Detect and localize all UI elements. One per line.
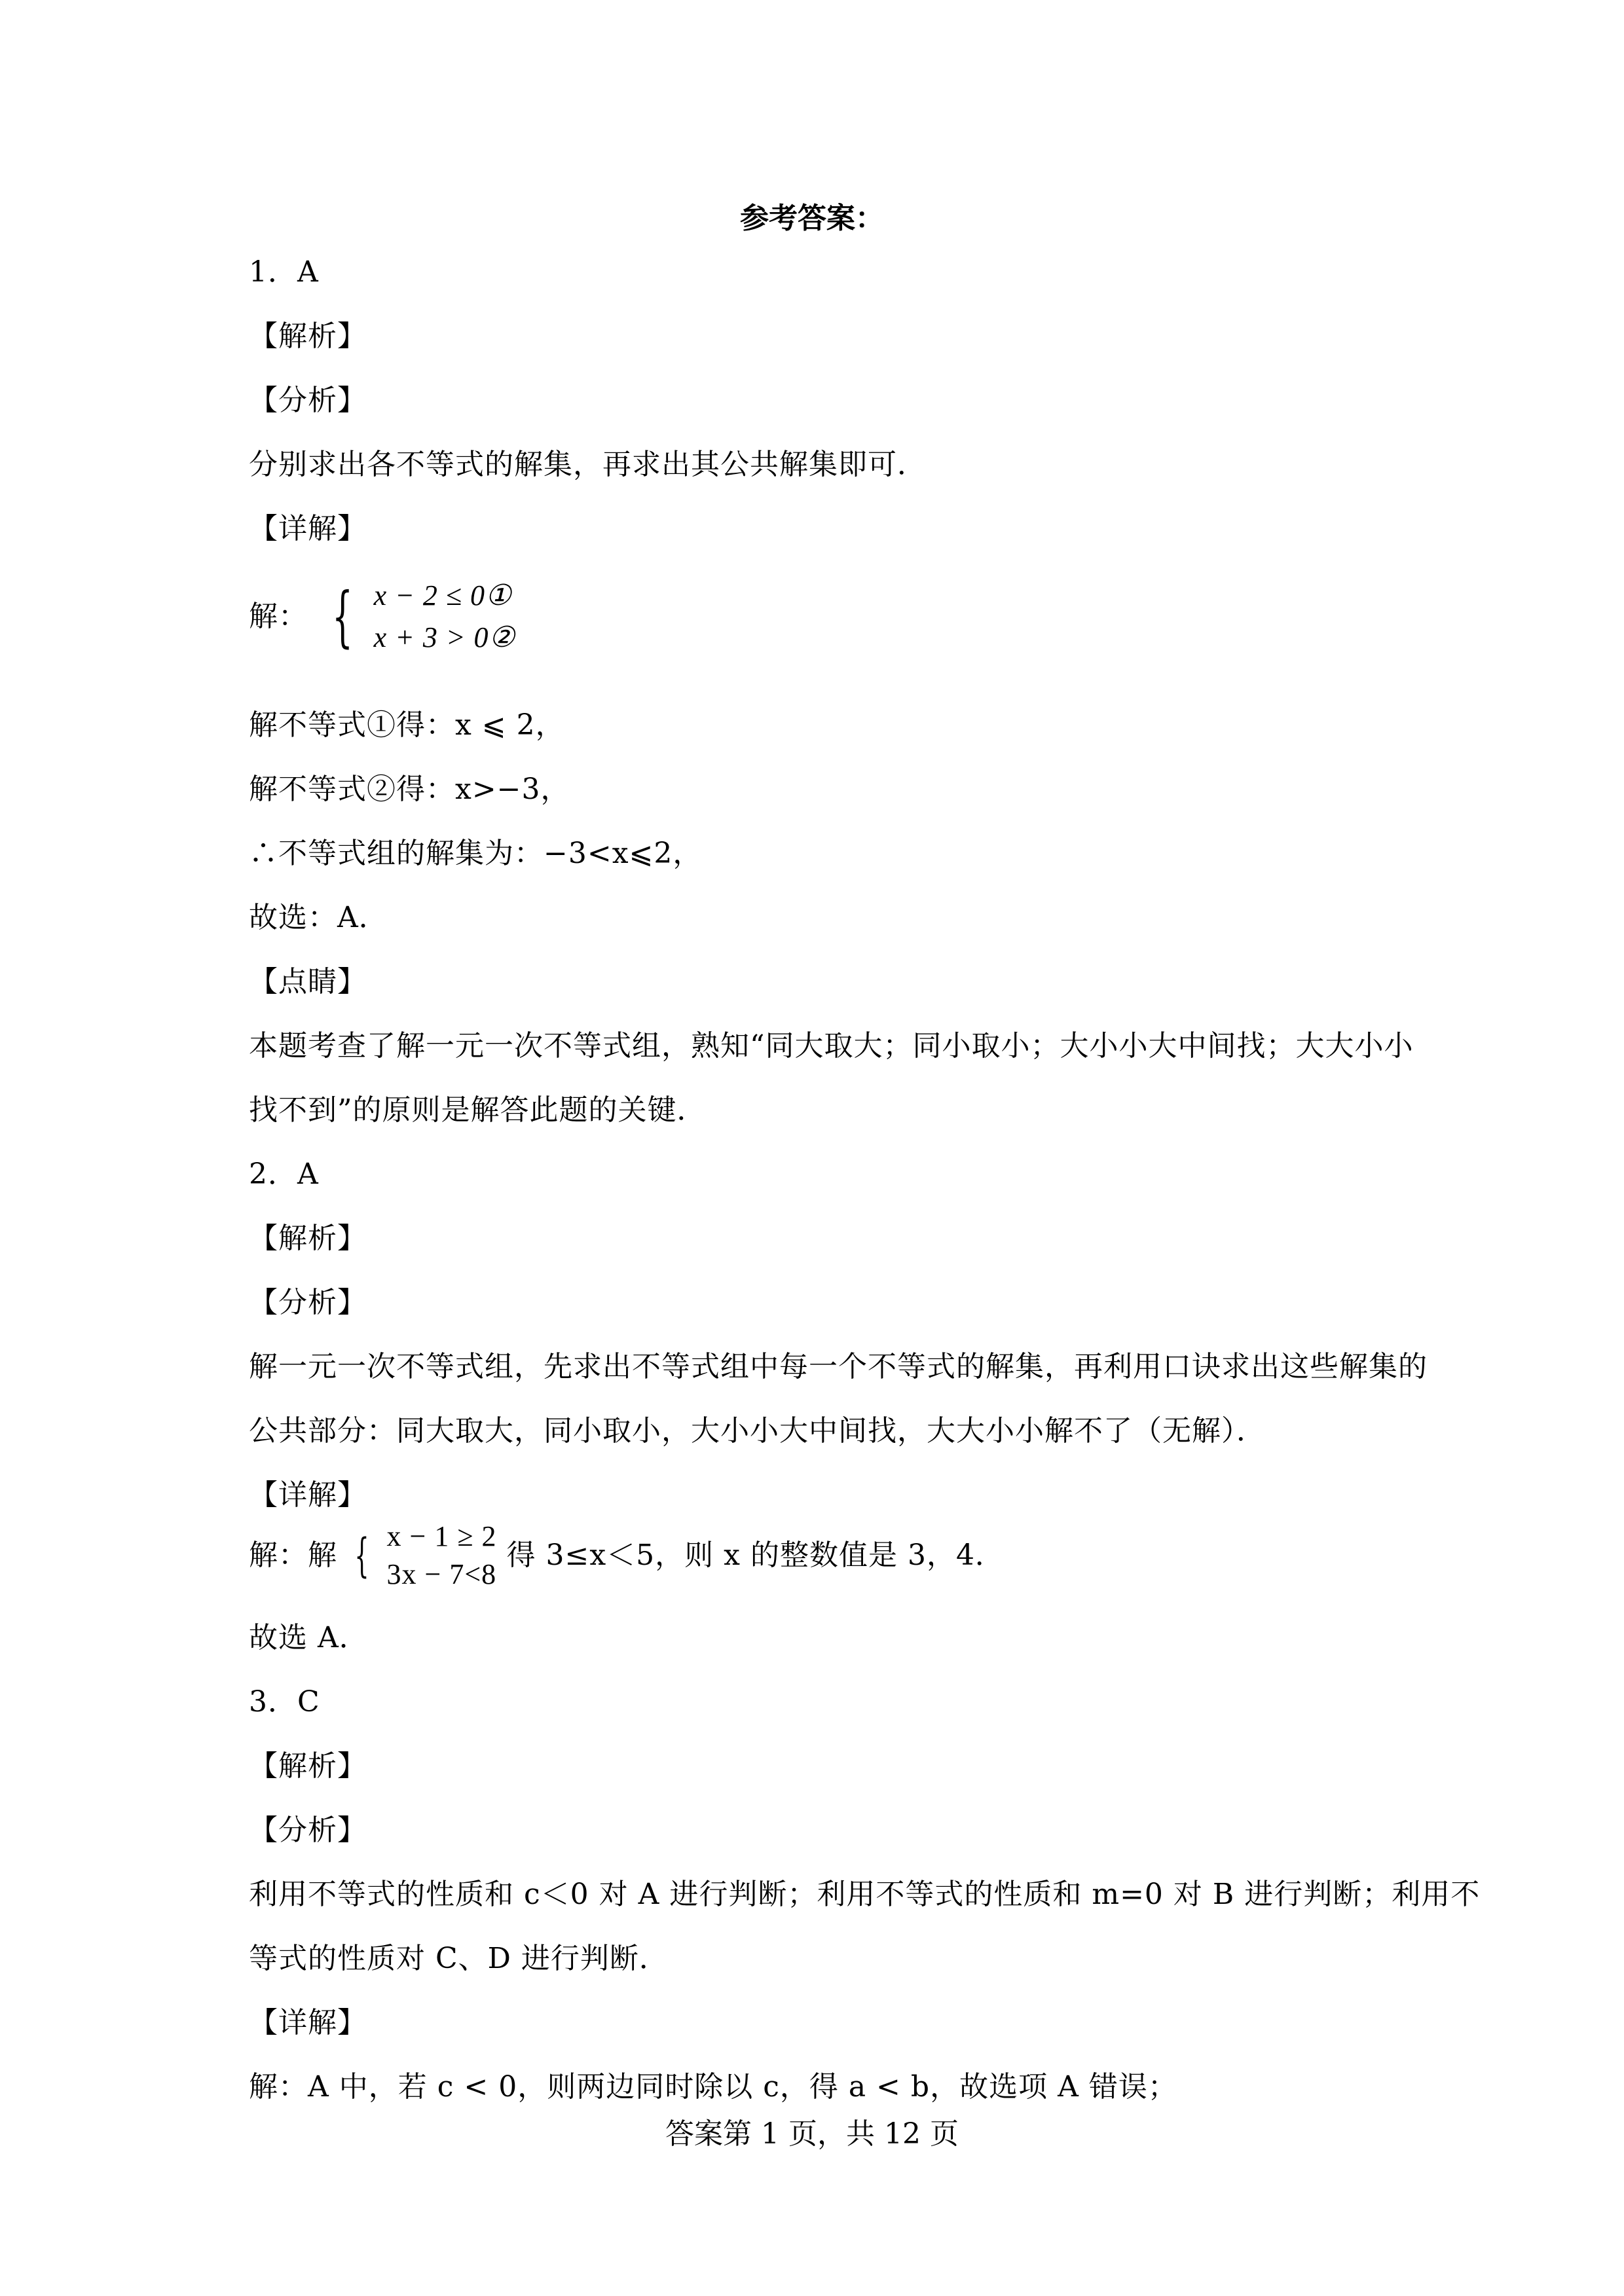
q1-dianjing-line-2: 找不到”的原则是解答此题的关键． — [249, 1092, 707, 1129]
q1-step-3: ∴不等式组的解集为：−3<x⩽2， — [249, 835, 702, 872]
page-footer: 答案第 1 页，共 12 页 — [0, 2116, 1624, 2153]
q1-tag-fenxi: 【分析】 — [249, 382, 367, 419]
q1-tag-dianjing: 【点睛】 — [249, 964, 367, 1000]
q3-fenxi-line-2: 等式的性质对 C、D 进行判断． — [249, 1941, 669, 1977]
q2-answer: 2．A — [249, 1156, 319, 1193]
q2-sys-row-2: 3x − 7<8 — [387, 1556, 497, 1594]
q3-tag-xiangjie: 【详解】 — [249, 2005, 367, 2041]
q2-sys-suffix: 得 3≤x＜5，则 x 的整数值是 3，4． — [507, 1539, 1005, 1572]
q3-tag-fenxi: 【分析】 — [249, 1812, 367, 1849]
q3-tag-jiexi: 【解析】 — [249, 1748, 367, 1785]
q1-step-1: 解不等式①得：x ⩽ 2， — [249, 707, 565, 744]
q1-tag-jiexi: 【解析】 — [249, 318, 367, 355]
left-brace-icon: { — [332, 584, 353, 649]
q2-tag-xiangjie: 【详解】 — [249, 1477, 367, 1514]
q1-dianjing-line-1: 本题考查了解一元一次不等式组，熟知“同大取大；同小取小；大小小大中间找；大大小小 — [249, 1028, 1414, 1065]
q3-fenxi-line-1: 利用不等式的性质和 c＜0 对 A 进行判断；利用不等式的性质和 m=0 对 B… — [249, 1876, 1480, 1913]
q2-tag-fenxi: 【分析】 — [249, 1285, 367, 1321]
left-brace-icon: { — [354, 1533, 369, 1578]
q1-sys-row-1: x − 2 ≤ 0① — [374, 575, 515, 617]
q1-answer: 1．A — [249, 254, 319, 291]
q1-sys-prefix: 解： — [249, 600, 308, 633]
q1-sys-block: { x − 2 ≤ 0① x + 3 > 0② — [322, 575, 515, 659]
q2-sys-block: { x − 1 ≥ 2 3x − 7<8 — [347, 1518, 497, 1594]
q1-tag-xiangjie: 【详解】 — [249, 511, 367, 547]
q2-sys-prefix: 解：解 — [249, 1539, 337, 1572]
q1-fenxi-text: 分别求出各不等式的解集，再求出其公共解集即可． — [249, 446, 927, 483]
q3-detail-line-1: 解：A 中，若 c < 0，则两边同时除以 c，得 a < b，故选项 A 错误… — [249, 2069, 1177, 2105]
q1-step-2: 解不等式②得：x>−3， — [249, 771, 570, 808]
q1-inequality-system: 解： { x − 2 ≤ 0① x + 3 > 0② — [249, 575, 515, 673]
q2-choose: 故选 A． — [249, 1620, 369, 1656]
q2-fenxi-line-1: 解一元一次不等式组，先求出不等式组中每一个不等式的解集，再利用口诀求出这些解集的 — [249, 1349, 1428, 1385]
q2-sys-row-1: x − 1 ≥ 2 — [387, 1518, 497, 1556]
q2-tag-jiexi: 【解析】 — [249, 1220, 367, 1257]
page-title: 参考答案： — [0, 200, 1624, 237]
q1-choose: 故选：A． — [249, 900, 388, 936]
q1-sys-row-2: x + 3 > 0② — [374, 617, 515, 659]
q2-fenxi-line-2: 公共部分：同大取大，同小取小，大小小大中间找，大大小小解不了（无解）． — [249, 1413, 1266, 1449]
answer-page: 参考答案： 1．A 【解析】 【分析】 分别求出各不等式的解集，再求出其公共解集… — [0, 0, 1624, 2296]
q2-inequality-system: 解：解 { x − 1 ≥ 2 3x − 7<8 得 3≤x＜5，则 x 的整数… — [249, 1518, 1005, 1603]
q3-answer: 3．C — [249, 1684, 320, 1721]
